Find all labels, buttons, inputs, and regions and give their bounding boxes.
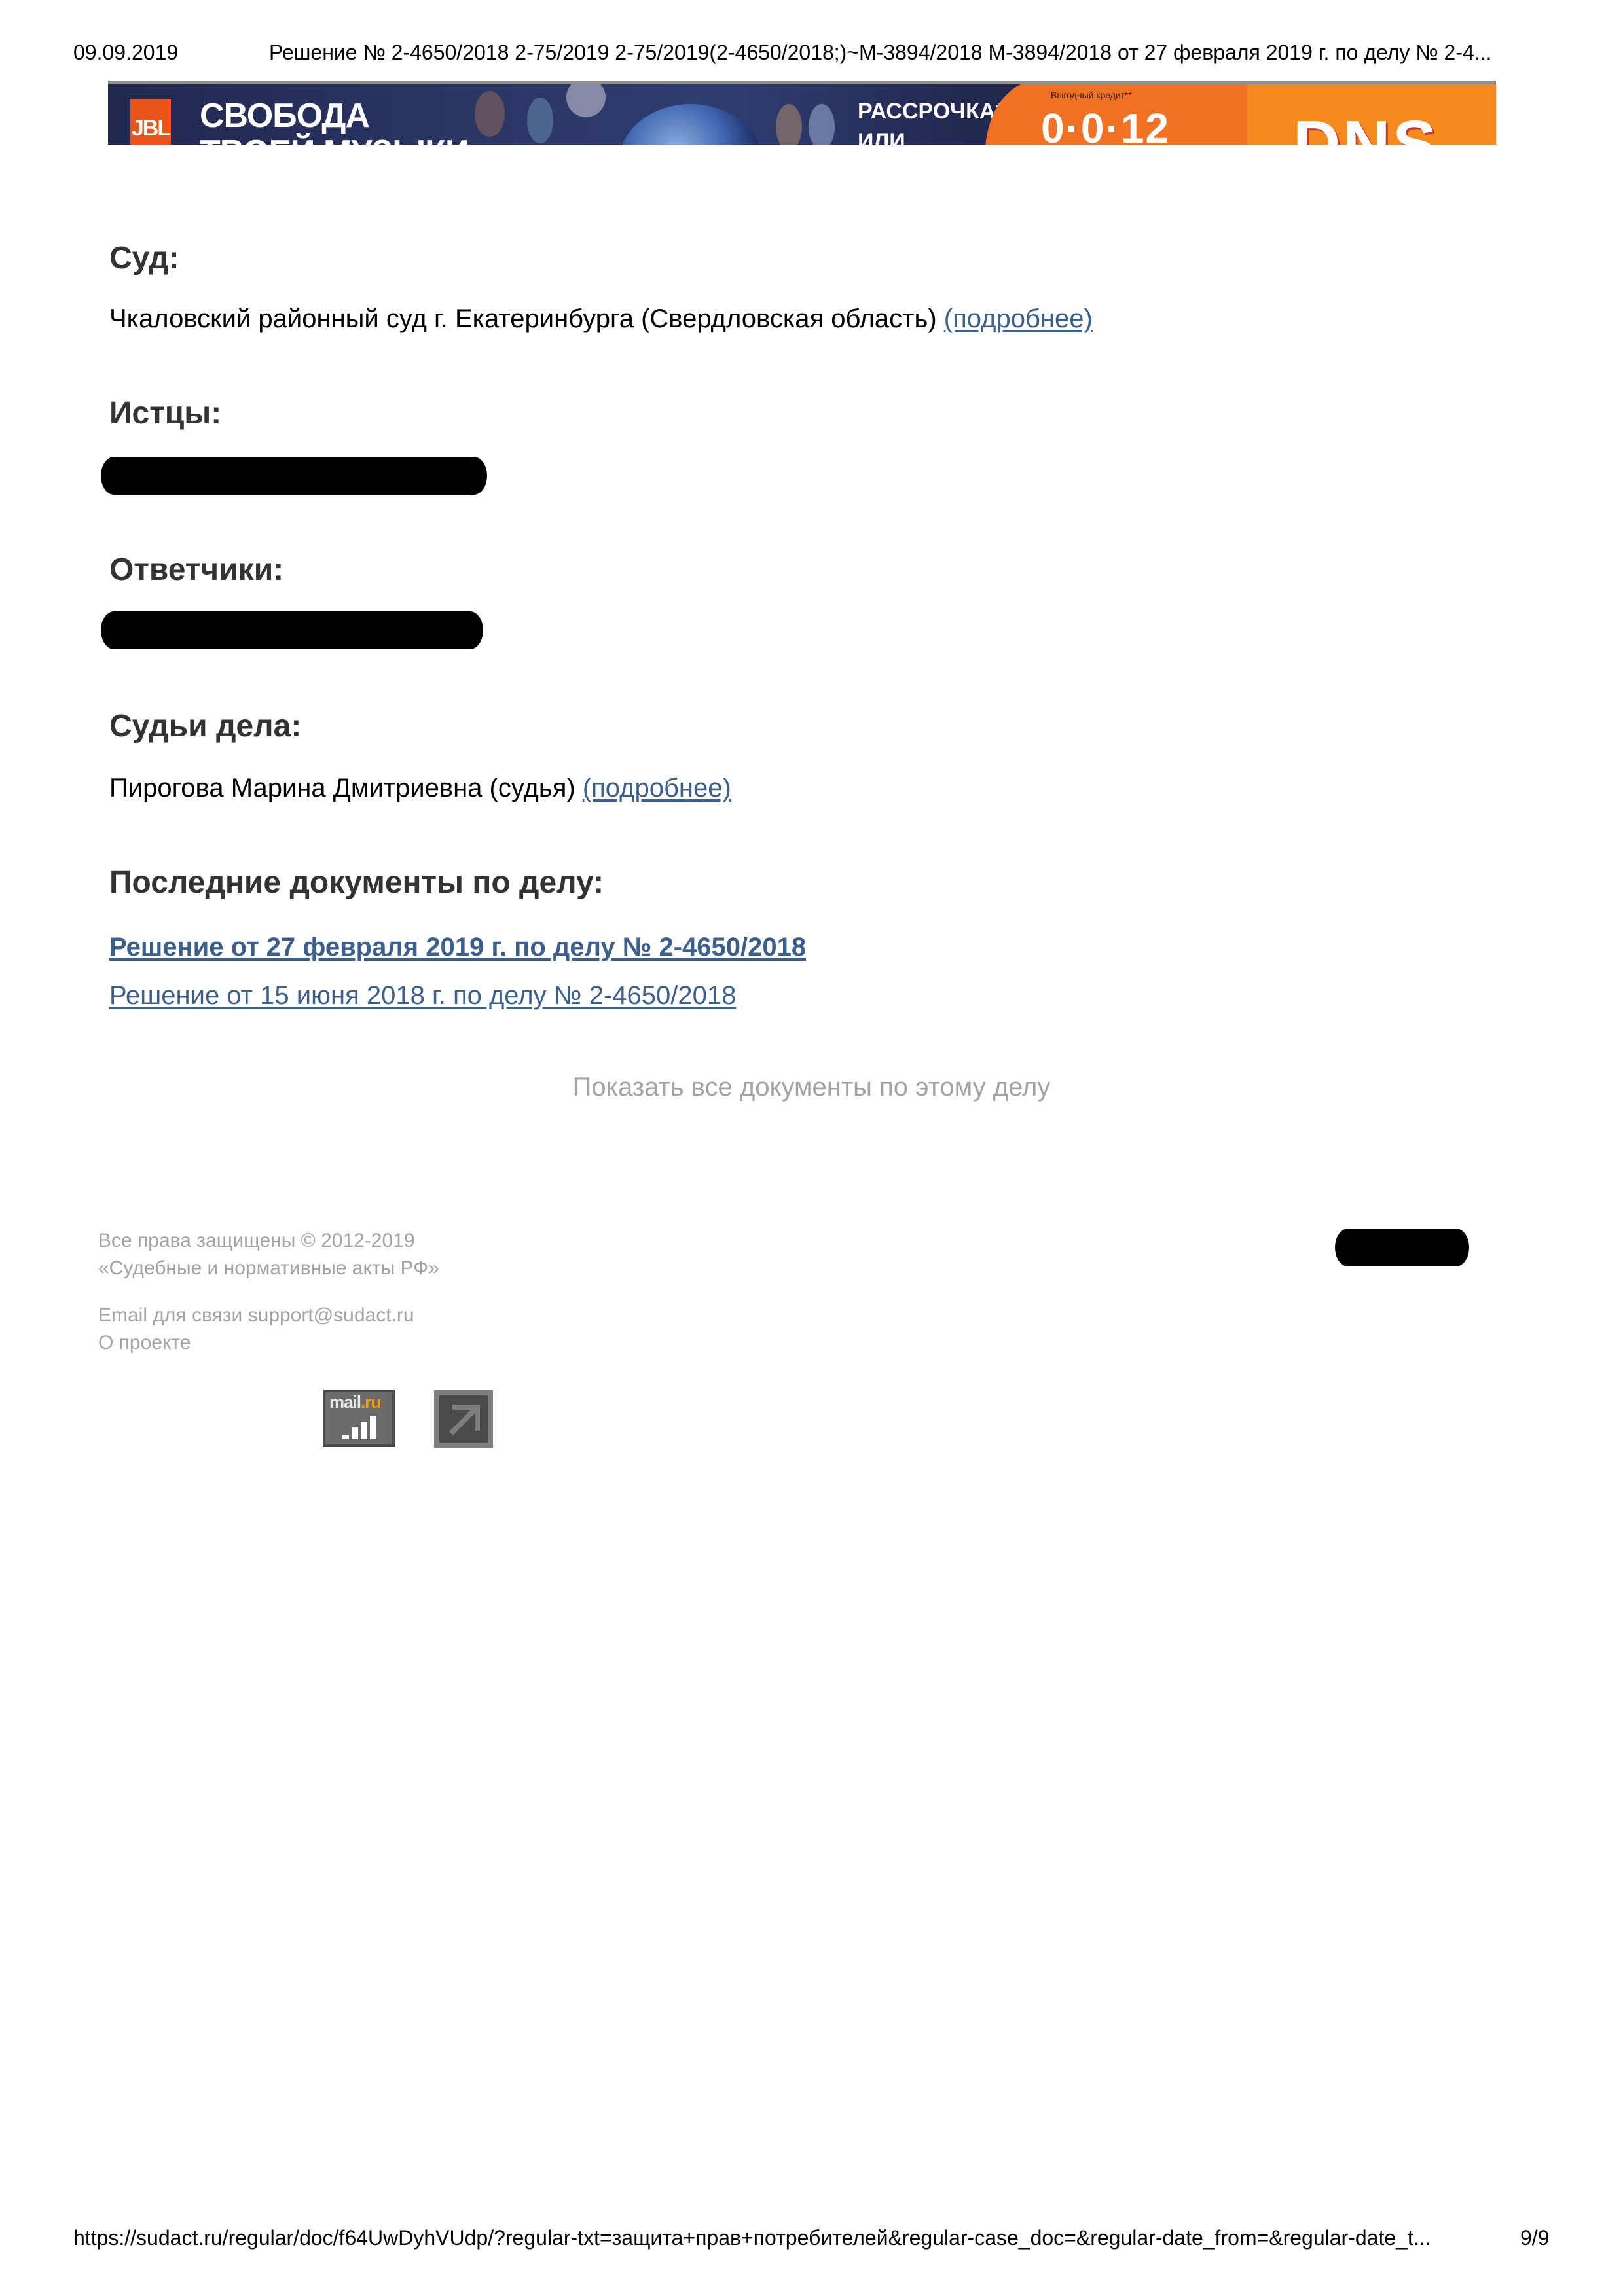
print-url: https://sudact.ru/regular/doc/f64UwDyhVU… — [73, 2225, 1431, 2251]
headphones-image — [619, 104, 763, 145]
print-date: 09.09.2019 — [73, 39, 178, 65]
bokeh-decoration — [809, 104, 835, 145]
court-more-link[interactable]: (подробнее) — [944, 304, 1093, 333]
court-name: Чкаловский районный суд г. Екатеринбурга… — [109, 304, 937, 333]
show-all-documents-link[interactable]: Показать все документы по этому делу — [0, 1071, 1623, 1103]
footer-project-name: «Судебные и нормативные акты РФ» — [98, 1255, 439, 1282]
court-line: Чкаловский районный суд г. Екатеринбурга… — [109, 303, 1093, 334]
mailru-logo: mail.ru — [329, 1392, 380, 1412]
footer-contact[interactable]: Email для связи support@sudact.ru — [98, 1302, 414, 1329]
installment-line1: РАССРОЧКА* — [858, 96, 1004, 126]
dns-logo: DNS — [1293, 107, 1439, 145]
court-heading: Суд: — [109, 240, 179, 277]
credit-panel: Выгодный кредит** 0·0·12 — [985, 81, 1260, 145]
judges-heading: Судьи дела: — [109, 708, 301, 745]
bokeh-decoration — [776, 104, 802, 145]
bokeh-decoration — [475, 91, 505, 137]
defendants-heading: Ответчики: — [109, 552, 283, 588]
documents-heading: Последние документы по делу: — [109, 865, 604, 901]
footer-about-link[interactable]: О проекте — [98, 1330, 191, 1356]
banner-slogan-line1: СВОБОДА — [200, 98, 469, 134]
plaintiffs-heading: Истцы: — [109, 395, 221, 432]
plaintiffs-redacted — [101, 457, 487, 495]
arrow-up-right-icon — [439, 1395, 488, 1443]
footer-redacted — [1335, 1229, 1469, 1266]
bokeh-decoration — [527, 98, 553, 143]
document-link-current[interactable]: Решение от 27 февраля 2019 г. по делу № … — [109, 931, 806, 963]
defendants-redacted — [101, 611, 483, 649]
installment-line2: ИЛИ — [858, 126, 1004, 145]
ad-banner[interactable]: JBL СВОБОДА ТВОЕЙ МУЗЫКИ РАССРОЧКА* ИЛИ … — [108, 81, 1496, 145]
jbl-logo: JBL — [130, 99, 171, 145]
print-page-number: 9/9 — [1520, 2225, 1549, 2251]
judge-name: Пирогова Марина Дмитриевна (судья) — [109, 774, 575, 802]
bar-chart-icon — [342, 1416, 379, 1439]
banner-slogan-line2: ТВОЕЙ МУЗЫКИ — [200, 134, 469, 145]
print-title: Решение № 2-4650/2018 2-75/2019 2-75/201… — [269, 39, 1491, 65]
judge-more-link[interactable]: (подробнее) — [583, 774, 731, 802]
bokeh-decoration — [566, 81, 606, 117]
footer-copyright: Все права защищены © 2012-2019 — [98, 1228, 415, 1254]
banner-installment: РАССРОЧКА* ИЛИ — [858, 96, 1004, 145]
banner-slogan: СВОБОДА ТВОЕЙ МУЗЫКИ — [200, 98, 469, 145]
credit-label: Выгодный кредит** — [1051, 90, 1132, 100]
judge-line: Пирогова Марина Дмитриевна (судья) (подр… — [109, 772, 731, 804]
liveinternet-counter[interactable] — [434, 1390, 493, 1448]
mailru-counter[interactable]: mail.ru — [323, 1390, 395, 1447]
credit-value: 0·0·12 — [1041, 104, 1170, 145]
store-panel: DNS — [1247, 81, 1496, 145]
document-link[interactable]: Решение от 15 июня 2018 г. по делу № 2-4… — [109, 980, 736, 1011]
